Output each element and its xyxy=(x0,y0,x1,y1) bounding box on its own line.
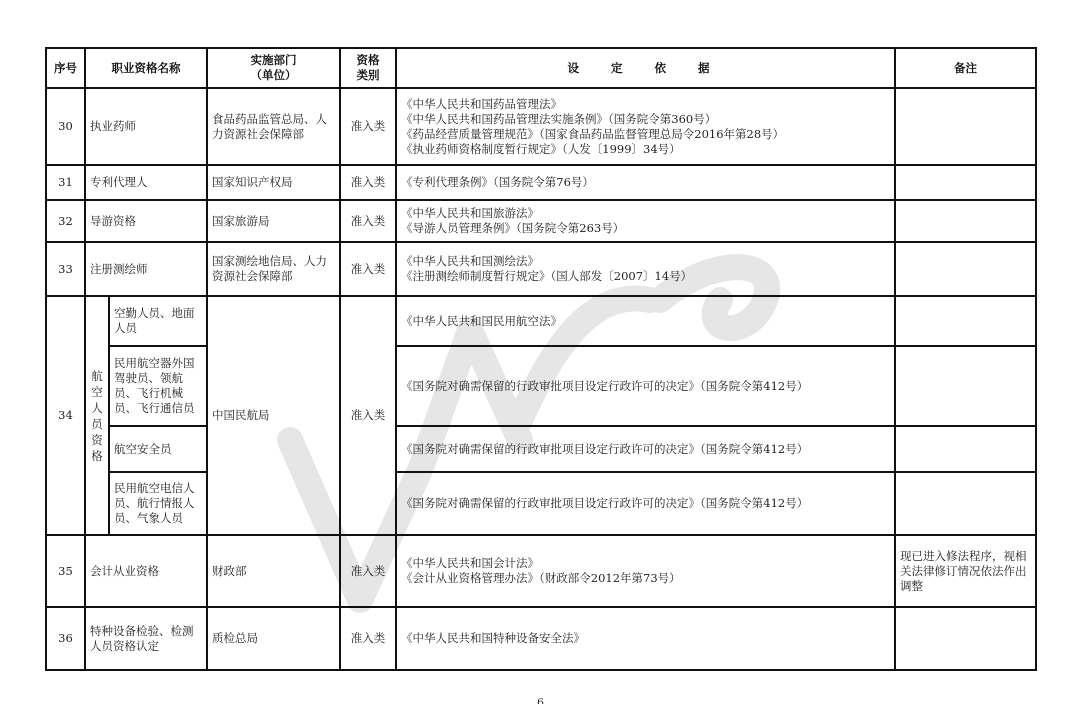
cell-subname: 民用航空器外国驾驶员、领航员、飞行机械员、飞行通信员 xyxy=(109,346,207,426)
cell-subname: 空勤人员、地面人员 xyxy=(109,296,207,346)
cell-category: 准入类 xyxy=(340,296,396,535)
cell-dept: 国家测绘地信局、人力资源社会保障部 xyxy=(207,242,340,296)
page-number: 6 xyxy=(537,696,544,704)
cell-subname: 民用航空电信人员、航行情报人员、气象人员 xyxy=(109,472,207,535)
table-row: 32 导游资格 国家旅游局 准入类 《中华人民共和国旅游法》 《导游人员管理条例… xyxy=(46,200,1036,242)
table-row: 民用航空电信人员、航行情报人员、气象人员 《国务院对确需保留的行政审批项目设定行… xyxy=(46,472,1036,535)
cell-dept: 国家知识产权局 xyxy=(207,165,340,200)
cell-seq: 35 xyxy=(46,535,85,607)
cell-dept: 中国民航局 xyxy=(207,296,340,535)
cell-subname: 航空安全员 xyxy=(109,426,207,472)
table-row: 31 专利代理人 国家知识产权局 准入类 《专利代理条例》（国务院令第76号） xyxy=(46,165,1036,200)
cell-remark: 现已进入修法程序，视相关法律修订情况依法作出调整 xyxy=(895,535,1036,607)
cell-dept: 食品药品监管总局、人力资源社会保障部 xyxy=(207,88,340,165)
cell-remark xyxy=(895,426,1036,472)
qualification-table: 序号 职业资格名称 实施部门 （单位） 资格 类别 设 定 依 据 备注 30 … xyxy=(45,47,1037,671)
basis-line: 《专利代理条例》（国务院令第76号） xyxy=(401,175,890,190)
basis-line: 《中华人民共和国民用航空法》 xyxy=(401,314,890,329)
cell-basis: 《中华人民共和国民用航空法》 xyxy=(396,296,895,346)
cell-remark xyxy=(895,607,1036,670)
header-remark: 备注 xyxy=(895,48,1036,88)
cell-name: 导游资格 xyxy=(85,200,207,242)
header-category-line2: 类别 xyxy=(345,68,391,83)
cell-remark xyxy=(895,200,1036,242)
header-dept-line1: 实施部门 xyxy=(212,53,335,68)
document-page: 序号 职业资格名称 实施部门 （单位） 资格 类别 设 定 依 据 备注 30 … xyxy=(0,0,1080,704)
cell-dept: 财政部 xyxy=(207,535,340,607)
header-basis: 设 定 依 据 xyxy=(396,48,895,88)
basis-line: 《中华人民共和国测绘法》 xyxy=(401,254,890,269)
cell-remark xyxy=(895,165,1036,200)
cell-remark xyxy=(895,242,1036,296)
cell-category: 准入类 xyxy=(340,200,396,242)
cell-basis: 《国务院对确需保留的行政审批项目设定行政许可的决定》（国务院令第412号） xyxy=(396,346,895,426)
cell-remark xyxy=(895,346,1036,426)
cell-name: 专利代理人 xyxy=(85,165,207,200)
cell-seq: 30 xyxy=(46,88,85,165)
basis-line: 《执业药师资格制度暂行规定》（人发〔1999〕34号） xyxy=(401,142,890,157)
basis-line: 《国务院对确需保留的行政审批项目设定行政许可的决定》（国务院令第412号） xyxy=(401,379,890,394)
cell-name: 执业药师 xyxy=(85,88,207,165)
cell-remark xyxy=(895,472,1036,535)
cell-seq: 36 xyxy=(46,607,85,670)
basis-line: 《中华人民共和国药品管理法》 xyxy=(401,97,890,112)
cell-category: 准入类 xyxy=(340,88,396,165)
cell-basis: 《中华人民共和国特种设备安全法》 xyxy=(396,607,895,670)
cell-category: 准入类 xyxy=(340,242,396,296)
cell-seq: 32 xyxy=(46,200,85,242)
cell-basis: 《专利代理条例》（国务院令第76号） xyxy=(396,165,895,200)
header-category-line1: 资格 xyxy=(345,53,391,68)
cell-name: 注册测绘师 xyxy=(85,242,207,296)
basis-line: 《国务院对确需保留的行政审批项目设定行政许可的决定》（国务院令第412号） xyxy=(401,496,890,511)
table-row: 36 特种设备检验、检测人员资格认定 质检总局 准入类 《中华人民共和国特种设备… xyxy=(46,607,1036,670)
cell-basis: 《中华人民共和国会计法》 《会计从业资格管理办法》（财政部令2012年第73号） xyxy=(396,535,895,607)
header-dept-line2: （单位） xyxy=(212,68,335,83)
cell-remark xyxy=(895,88,1036,165)
cell-remark xyxy=(895,296,1036,346)
basis-line: 《中华人民共和国药品管理法实施条例》（国务院令第360号） xyxy=(401,112,890,127)
cell-name: 会计从业资格 xyxy=(85,535,207,607)
cell-basis: 《国务院对确需保留的行政审批项目设定行政许可的决定》（国务院令第412号） xyxy=(396,426,895,472)
header-category: 资格 类别 xyxy=(340,48,396,88)
group-name-vertical: 航空人员资格 xyxy=(90,368,104,464)
cell-group-name: 航空人员资格 xyxy=(85,296,109,535)
header-row: 序号 职业资格名称 实施部门 （单位） 资格 类别 设 定 依 据 备注 xyxy=(46,48,1036,88)
basis-line: 《中华人民共和国会计法》 xyxy=(401,556,890,571)
cell-category: 准入类 xyxy=(340,607,396,670)
cell-basis: 《中华人民共和国旅游法》 《导游人员管理条例》（国务院令第263号） xyxy=(396,200,895,242)
table-row: 34 航空人员资格 空勤人员、地面人员 中国民航局 准入类 《中华人民共和国民用… xyxy=(46,296,1036,346)
basis-line: 《中华人民共和国旅游法》 xyxy=(401,206,890,221)
header-dept: 实施部门 （单位） xyxy=(207,48,340,88)
basis-line: 《中华人民共和国特种设备安全法》 xyxy=(401,631,890,646)
basis-line: 《药品经营质量管理规范》（国家食品药品监督管理总局令2016年第28号） xyxy=(401,127,890,142)
table-row: 33 注册测绘师 国家测绘地信局、人力资源社会保障部 准入类 《中华人民共和国测… xyxy=(46,242,1036,296)
header-seq: 序号 xyxy=(46,48,85,88)
table-row: 30 执业药师 食品药品监管总局、人力资源社会保障部 准入类 《中华人民共和国药… xyxy=(46,88,1036,165)
basis-line: 《导游人员管理条例》（国务院令第263号） xyxy=(401,221,890,236)
table-row: 35 会计从业资格 财政部 准入类 《中华人民共和国会计法》 《会计从业资格管理… xyxy=(46,535,1036,607)
table-row: 航空安全员 《国务院对确需保留的行政审批项目设定行政许可的决定》（国务院令第41… xyxy=(46,426,1036,472)
header-name: 职业资格名称 xyxy=(85,48,207,88)
cell-basis: 《国务院对确需保留的行政审批项目设定行政许可的决定》（国务院令第412号） xyxy=(396,472,895,535)
basis-line: 《会计从业资格管理办法》（财政部令2012年第73号） xyxy=(401,571,890,586)
basis-line: 《注册测绘师制度暂行规定》（国人部发〔2007〕14号） xyxy=(401,269,890,284)
cell-category: 准入类 xyxy=(340,535,396,607)
table-row: 民用航空器外国驾驶员、领航员、飞行机械员、飞行通信员 《国务院对确需保留的行政审… xyxy=(46,346,1036,426)
cell-dept: 国家旅游局 xyxy=(207,200,340,242)
cell-category: 准入类 xyxy=(340,165,396,200)
cell-basis: 《中华人民共和国药品管理法》 《中华人民共和国药品管理法实施条例》（国务院令第3… xyxy=(396,88,895,165)
cell-name: 特种设备检验、检测人员资格认定 xyxy=(85,607,207,670)
cell-basis: 《中华人民共和国测绘法》 《注册测绘师制度暂行规定》（国人部发〔2007〕14号… xyxy=(396,242,895,296)
cell-dept: 质检总局 xyxy=(207,607,340,670)
cell-seq: 34 xyxy=(46,296,85,535)
basis-line: 《国务院对确需保留的行政审批项目设定行政许可的决定》（国务院令第412号） xyxy=(401,442,890,457)
cell-seq: 31 xyxy=(46,165,85,200)
cell-seq: 33 xyxy=(46,242,85,296)
